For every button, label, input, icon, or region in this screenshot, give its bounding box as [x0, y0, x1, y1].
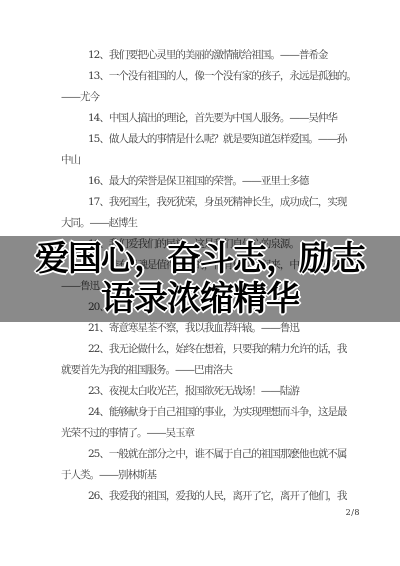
document-line: 光荣不过的事情了。——吴玉章	[61, 423, 362, 444]
document-line: ——尤今	[61, 87, 362, 108]
document-line: 就要首先为我的祖国服务。——巴甫洛夫	[61, 360, 362, 381]
document-line: 14、中国人搞出的理论，首先要为中国人服务。——吴仲华	[61, 108, 362, 129]
document-line: 24、能够献身于自己祖国的事业，为实现理想而斗争，这是最	[61, 402, 362, 423]
document-page: 12、我们要把心灵里的美丽的激情献给祖国。——普希金 13、一个没有祖国的人，像…	[0, 0, 400, 566]
document-line: 大同。——赵博生	[61, 213, 362, 234]
overlay-title-line-2: 语录浓缩精华	[101, 279, 299, 319]
document-line: 中山	[61, 150, 362, 171]
document-line: 16、最大的荣誉是保卫祖国的荣誉。——亚里士多德	[61, 171, 362, 192]
document-line: 于人类。——别林斯基	[61, 465, 362, 486]
document-line: 13、一个没有祖国的人，像一个没有家的孩子，永远是孤独的。	[61, 66, 362, 87]
document-line: 25、一般就在部分之中，谁不属于自己的祖国那麽他也就不属	[61, 444, 362, 465]
document-line: 26、我爱我的祖国，爱我的人民，离开了它，离开了他们，我	[61, 486, 362, 507]
document-line: 23、夜视太白收光芒，报国欲死无战场！——陆游	[61, 381, 362, 402]
page-number: 2/8	[346, 508, 360, 517]
document-line: 12、我们要把心灵里的美丽的激情献给祖国。——普希金	[61, 45, 362, 66]
document-line: 15、做人最大的事情是什么呢？就是要知道怎样爱国。——孙	[61, 129, 362, 150]
title-overlay-banner: 爱国心，奋斗志，励志 语录浓缩精华	[0, 236, 400, 322]
document-line: 22、我无论做什么，始终在想着，只要我的精力允许的话，我	[61, 339, 362, 360]
overlay-title-line-1: 爱国心，奋斗志，励志	[35, 239, 365, 279]
document-line: 17、我死国生，我死犹荣，身虽死精神长生，成功成仁，实现	[61, 192, 362, 213]
